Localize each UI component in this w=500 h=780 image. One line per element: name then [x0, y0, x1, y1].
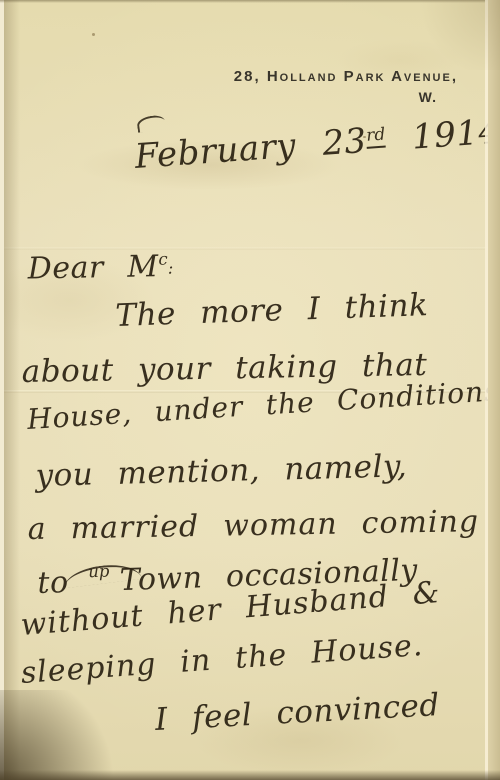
letterhead-district: W.: [0, 89, 437, 105]
letter-photo: 28, Holland Park Avenue, W. February 23r…: [0, 0, 500, 780]
paper-edge-left-crease: [4, 0, 20, 780]
salutation-superscript: c: [158, 250, 168, 269]
salutation: Dear Mc:: [27, 251, 173, 284]
letterhead-address: 28, Holland Park Avenue,: [0, 68, 458, 85]
ink-speck: [92, 33, 95, 36]
shadow-bottom: [0, 770, 500, 780]
paper-edge-left: [0, 0, 4, 780]
salutation-punctuation: :: [168, 259, 174, 278]
paper-edge-right-shadow: [488, 0, 500, 780]
paper-crease: [0, 247, 500, 250]
date-ordinal: rd: [366, 124, 387, 148]
salutation-text: Dear M: [27, 249, 158, 286]
shadow-top-right: [410, 0, 500, 70]
shadow-bottom-left: [0, 690, 150, 780]
body-line: a married woman coming: [27, 507, 479, 545]
